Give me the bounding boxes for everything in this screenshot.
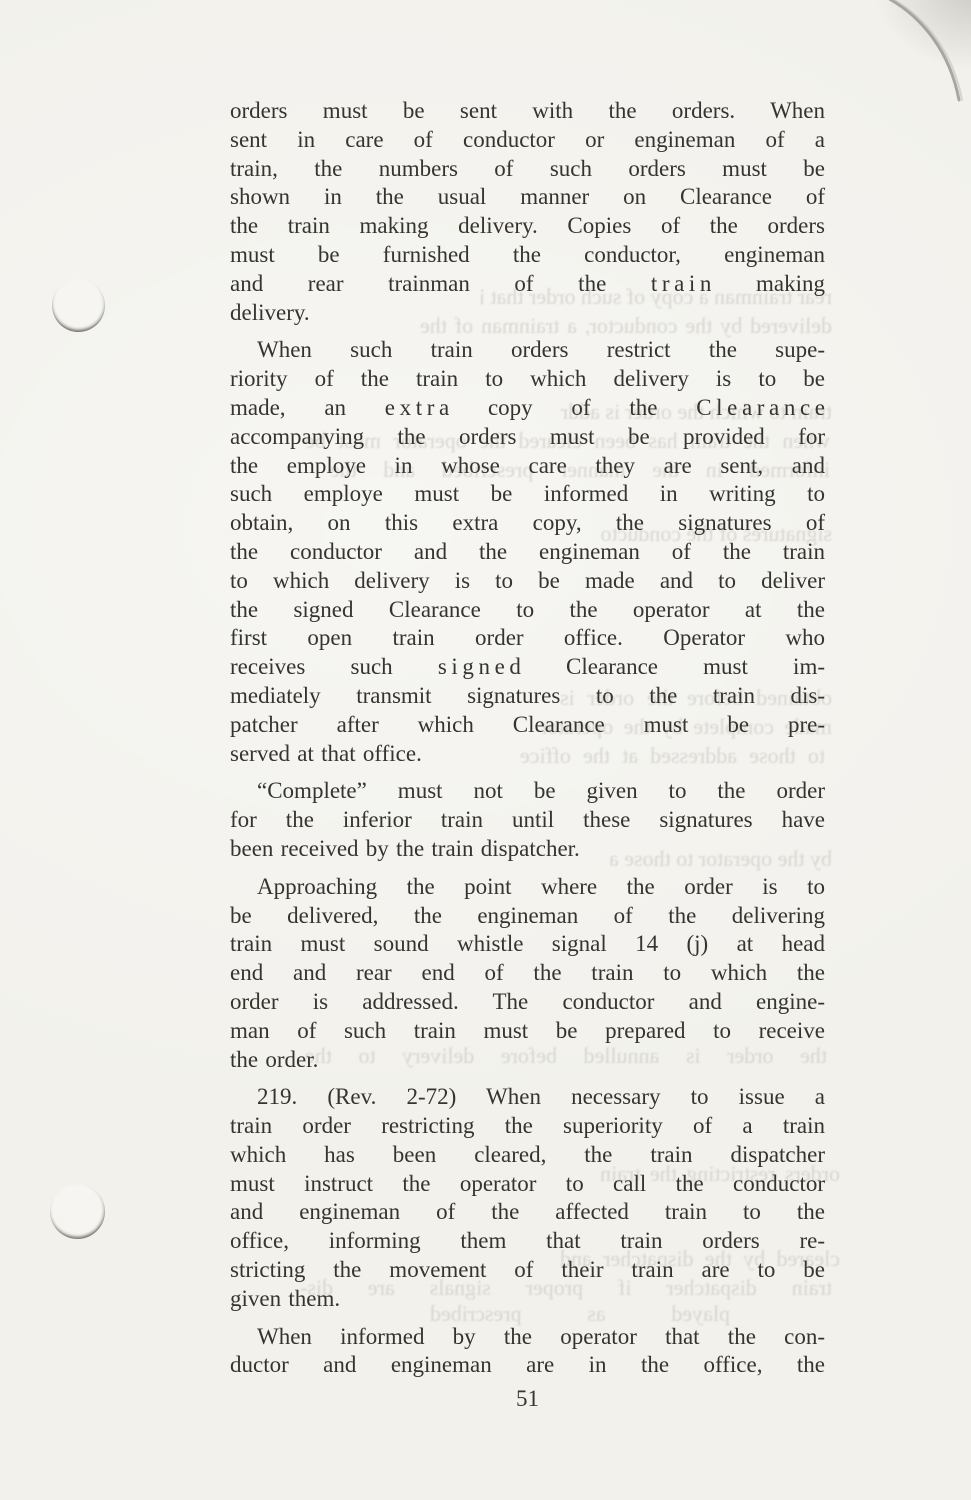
text-line: stricting the movement of their train ar… — [230, 1256, 825, 1285]
paragraph: When such train orders restrict the supe… — [230, 336, 825, 768]
text-line: must be furnished the conductor, enginem… — [230, 241, 825, 270]
page-curl-line — [836, 0, 971, 110]
text-line: the train making delivery. Copies of the… — [230, 212, 825, 241]
text-line: train, the numbers of such orders must b… — [230, 155, 825, 184]
text-line: 219. (Rev. 2-72) When necessary to issue… — [230, 1083, 825, 1112]
paragraph: “Complete” must not be given to the orde… — [230, 777, 825, 863]
text-line: riority of the train to which delivery i… — [230, 365, 825, 394]
text-line: be delivered, the engineman of the deliv… — [230, 902, 825, 931]
text-line: and rear trainman of the t r a i n makin… — [230, 270, 825, 299]
text-line: delivery. — [230, 299, 825, 328]
text-line: Approaching the point where the order is… — [230, 873, 825, 902]
text-line: order is addressed. The conductor and en… — [230, 988, 825, 1017]
text-line: the conductor and the engineman of the t… — [230, 538, 825, 567]
text-line: obtain, on this extra copy, the signatur… — [230, 509, 825, 538]
text-line: train must sound whistle signal 14 (j) a… — [230, 930, 825, 959]
text-line: given them. — [230, 1285, 825, 1314]
text-line: sent in care of conductor or engineman o… — [230, 126, 825, 155]
text-line: the employe in whose care they are sent,… — [230, 452, 825, 481]
text-line: such employe must be informed in writing… — [230, 480, 825, 509]
text-line: served at that office. — [230, 740, 825, 769]
text-line: the order. — [230, 1046, 825, 1075]
paragraph: When informed by the operator that the c… — [230, 1323, 825, 1381]
scanned-book-page: { "page": { "number": "51", "paragraphs"… — [0, 0, 971, 1500]
page-number: 51 — [230, 1385, 825, 1413]
text-line: accompanying the orders must be provided… — [230, 423, 825, 452]
text-line: train order restricting the superiority … — [230, 1112, 825, 1141]
text-line: shown in the usual manner on Clearance o… — [230, 183, 825, 212]
text-line: and engineman of the affected train to t… — [230, 1198, 825, 1227]
text-line: office, informing them that train orders… — [230, 1227, 825, 1256]
text-line: orders must be sent with the orders. Whe… — [230, 97, 825, 126]
text-line: “Complete” must not be given to the orde… — [230, 777, 825, 806]
text-line: ductor and engineman are in the office, … — [230, 1351, 825, 1380]
text-line: the signed Clearance to the operator at … — [230, 596, 825, 625]
text-line: end and rear end of the train to which t… — [230, 959, 825, 988]
text-line: man of such train must be prepared to re… — [230, 1017, 825, 1046]
text-line: first open train order office. Operator … — [230, 624, 825, 653]
text-line: patcher after which Clearance must be pr… — [230, 711, 825, 740]
paragraph: 219. (Rev. 2-72) When necessary to issue… — [230, 1083, 825, 1313]
text-line: to which delivery is to be made and to d… — [230, 567, 825, 596]
text-line: which has been cleared, the train dispat… — [230, 1141, 825, 1170]
text-line: When informed by the operator that the c… — [230, 1323, 825, 1352]
text-line: receives such s i g n e d Clearance must… — [230, 653, 825, 682]
text-line: mediately transmit signatures to the tra… — [230, 682, 825, 711]
text-line: must instruct the operator to call the c… — [230, 1170, 825, 1199]
paragraph: Approaching the point where the order is… — [230, 873, 825, 1075]
paragraph: orders must be sent with the orders. Whe… — [230, 97, 825, 327]
text-line: for the inferior train until these signa… — [230, 806, 825, 835]
text-line: been received by the train dispatcher. — [230, 835, 825, 864]
text-line: made, an e x t r a copy of the C l e a r… — [230, 394, 825, 423]
text-column: orders must be sent with the orders. Whe… — [230, 97, 825, 1380]
text-line: When such train orders restrict the supe… — [230, 336, 825, 365]
